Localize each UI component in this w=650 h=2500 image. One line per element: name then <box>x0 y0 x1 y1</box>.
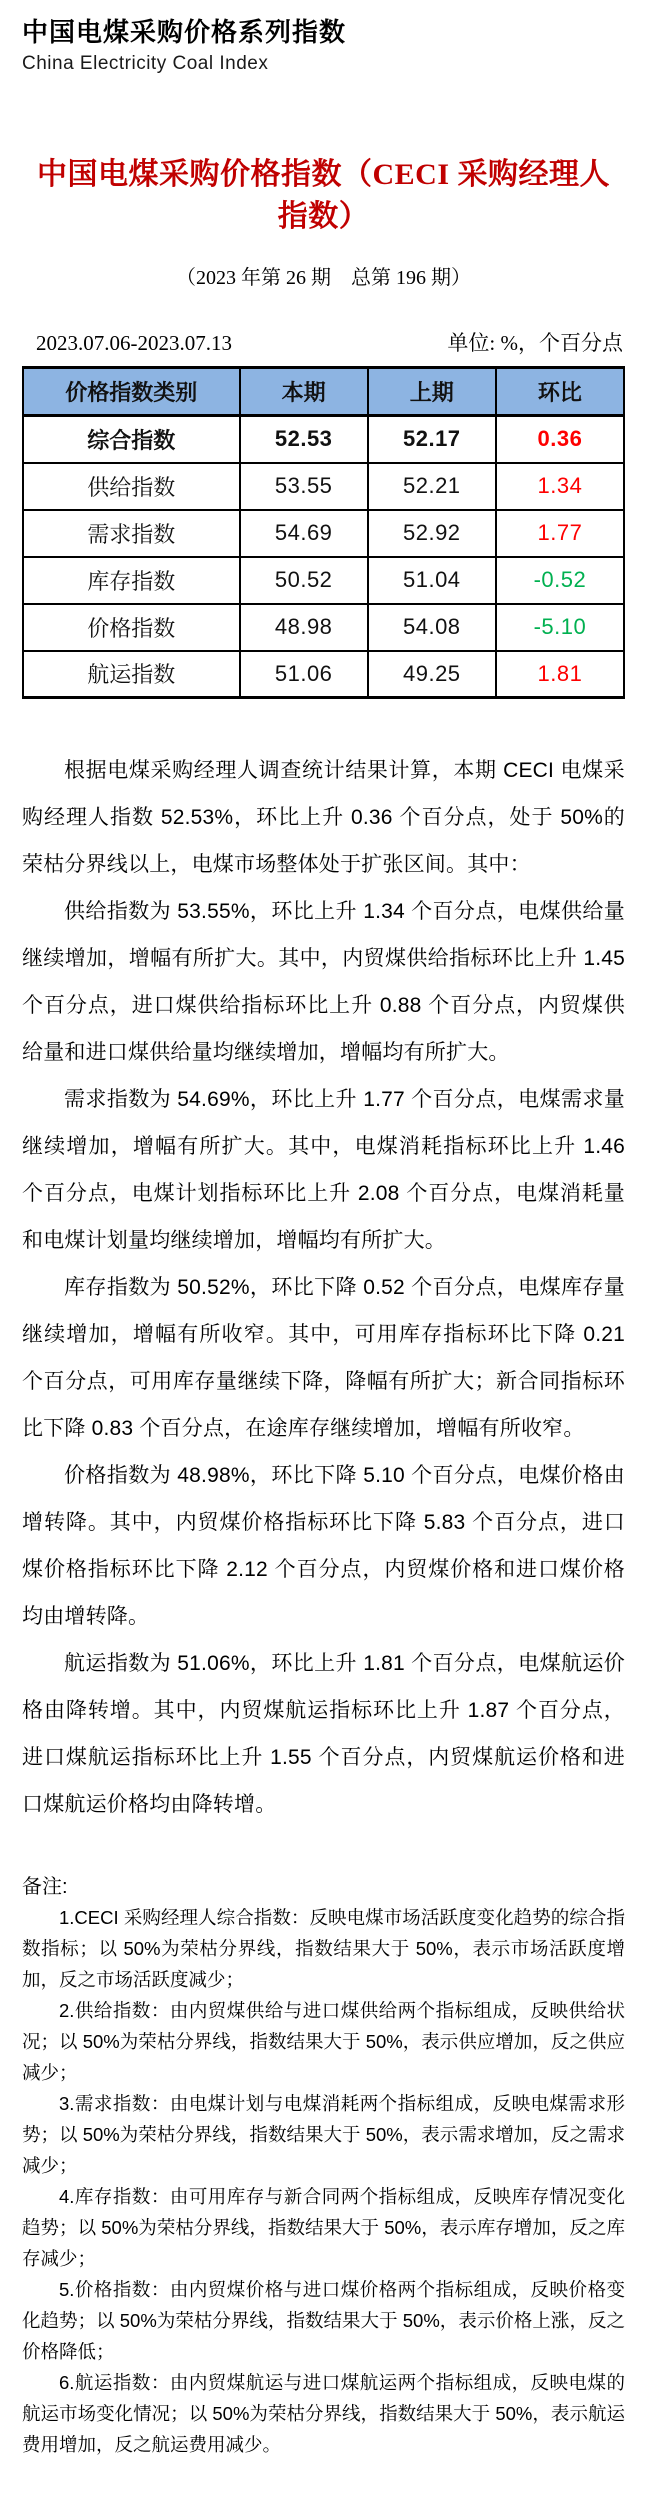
col-header-current: 本期 <box>240 368 368 416</box>
col-header-change: 环比 <box>496 368 624 416</box>
body-paragraph: 需求指数为 54.69%，环比上升 1.77 个百分点，电煤需求量继续增加，增幅… <box>22 1076 625 1264</box>
change-value: -5.10 <box>496 604 624 651</box>
table-row: 价格指数 48.98 54.08 -5.10 <box>23 604 624 651</box>
index-label: 航运指数 <box>23 651 240 698</box>
table-row: 供给指数 53.55 52.21 1.34 <box>23 463 624 510</box>
table-row: 库存指数 50.52 51.04 -0.52 <box>23 557 624 604</box>
series-title-en: China Electricity Coal Index <box>22 50 625 78</box>
previous-value: 52.92 <box>368 510 496 557</box>
table-row: 综合指数 52.53 52.17 0.36 <box>23 416 624 463</box>
note-item: 6.航运指数：由内贸煤航运与进口煤航运两个指标组成，反映电煤的航运市场变化情况；… <box>22 2367 625 2460</box>
body-paragraph: 根据电煤采购经理人调查统计结果计算，本期 CECI 电煤采购经理人指数 52.5… <box>22 747 625 888</box>
note-item: 5.价格指数：由内贸煤价格与进口煤价格两个指标组成，反映价格变化趋势；以 50%… <box>22 2274 625 2367</box>
change-value: -0.52 <box>496 557 624 604</box>
note-item: 1.CECI 采购经理人综合指数：反映电煤市场活跃度变化趋势的综合指数指标；以 … <box>22 1902 625 1995</box>
current-value: 53.55 <box>240 463 368 510</box>
table-row: 需求指数 54.69 52.92 1.77 <box>23 510 624 557</box>
previous-value: 51.04 <box>368 557 496 604</box>
current-value: 52.53 <box>240 416 368 463</box>
previous-value: 49.25 <box>368 651 496 698</box>
note-item: 4.库存指数：由可用库存与新合同两个指标组成，反映库存情况变化趋势；以 50%为… <box>22 2181 625 2274</box>
issue-line: （2023 年第 26 期 总第 196 期） <box>22 264 625 292</box>
previous-value: 52.17 <box>368 416 496 463</box>
meta-row: 2023.07.06-2023.07.13 单位: %，个百分点 <box>22 328 625 358</box>
index-label: 综合指数 <box>23 416 240 463</box>
index-label: 需求指数 <box>23 510 240 557</box>
notes-section: 备注: 1.CECI 采购经理人综合指数：反映电煤市场活跃度变化趋势的综合指数指… <box>22 1872 625 2460</box>
document-title: 中国电煤采购价格指数（CECI 采购经理人指数） <box>22 154 625 238</box>
index-table: 价格指数类别 本期 上期 环比 综合指数 52.53 52.17 0.36 供给… <box>22 366 625 699</box>
masthead: 中国电煤采购价格系列指数 China Electricity Coal Inde… <box>22 10 625 78</box>
analysis-section: 根据电煤采购经理人调查统计结果计算，本期 CECI 电煤采购经理人指数 52.5… <box>22 747 625 1828</box>
current-value: 48.98 <box>240 604 368 651</box>
col-header-category: 价格指数类别 <box>23 368 240 416</box>
index-label: 价格指数 <box>23 604 240 651</box>
notes-label: 备注: <box>22 1872 625 1902</box>
change-value: 0.36 <box>496 416 624 463</box>
current-value: 51.06 <box>240 651 368 698</box>
series-title-zh: 中国电煤采购价格系列指数 <box>22 14 625 50</box>
report-period: 2023.07.06-2023.07.13 <box>36 328 232 358</box>
current-value: 50.52 <box>240 557 368 604</box>
body-paragraph: 供给指数为 53.55%，环比上升 1.34 个百分点，电煤供给量继续增加，增幅… <box>22 888 625 1076</box>
table-header-row: 价格指数类别 本期 上期 环比 <box>23 368 624 416</box>
previous-value: 52.21 <box>368 463 496 510</box>
change-value: 1.34 <box>496 463 624 510</box>
index-label: 供给指数 <box>23 463 240 510</box>
body-paragraph: 库存指数为 50.52%，环比下降 0.52 个百分点，电煤库存量继续增加，增幅… <box>22 1264 625 1452</box>
note-item: 3.需求指数：由电煤计划与电煤消耗两个指标组成，反映电煤需求形势；以 50%为荣… <box>22 2088 625 2181</box>
current-value: 54.69 <box>240 510 368 557</box>
table-row: 航运指数 51.06 49.25 1.81 <box>23 651 624 698</box>
change-value: 1.81 <box>496 651 624 698</box>
unit-label: 单位: %，个百分点 <box>447 328 623 358</box>
col-header-previous: 上期 <box>368 368 496 416</box>
note-item: 2.供给指数：由内贸煤供给与进口煤供给两个指标组成，反映供给状况；以 50%为荣… <box>22 1995 625 2088</box>
change-value: 1.77 <box>496 510 624 557</box>
previous-value: 54.08 <box>368 604 496 651</box>
index-label: 库存指数 <box>23 557 240 604</box>
body-paragraph: 价格指数为 48.98%，环比下降 5.10 个百分点，电煤价格由增转降。其中，… <box>22 1452 625 1640</box>
body-paragraph: 航运指数为 51.06%，环比上升 1.81 个百分点，电煤航运价格由降转增。其… <box>22 1640 625 1828</box>
report-page: 中国电煤采购价格系列指数 China Electricity Coal Inde… <box>0 0 650 2500</box>
